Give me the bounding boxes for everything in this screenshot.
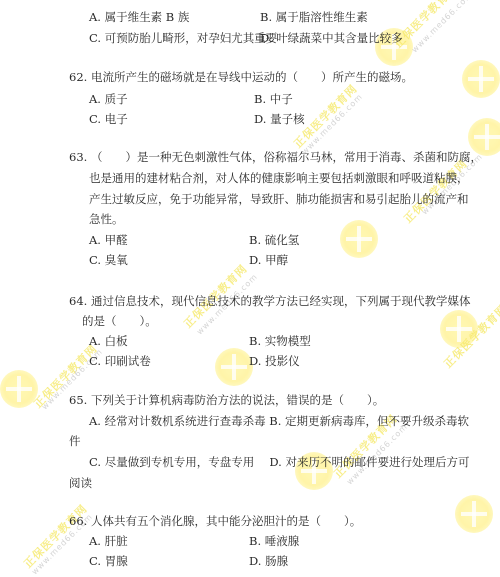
option-b: B. 实物模型 [249, 334, 311, 348]
option-d: D. 肠腺 [249, 554, 288, 568]
option-d: D. 量子核 [254, 112, 305, 126]
option-a: A. 肝脏 [89, 534, 128, 548]
option-b: B. 硫化氢 [249, 233, 299, 247]
question-65-options-line3: C. 尽量做到专机专用，专盘专用 D. 对来历不明的邮件要进行处理后方可 [89, 455, 469, 469]
option-b: B. 属于脂溶性维生素 [260, 10, 368, 24]
question-63-stem-line4: 急性。 [89, 212, 124, 226]
option-c: C. 电子 [89, 112, 128, 126]
question-62-stem: 62. 电流所产生的磁场就是在导线中运动的（ ）所产生的磁场。 [69, 70, 413, 84]
question-65-options-line1: A. 经常对计数机系统进行查毒杀毒 B. 定期更新病毒库，但不要升级杀毒软 [89, 414, 469, 428]
question-65-stem: 65. 下列关于计算机病毒防治方法的说法，错误的是（ ）。 [69, 393, 384, 407]
question-63-stem-line3: 产生过敏反应，免于功能异常，导致肝、肺功能损害和易引起胎儿的流产和 [89, 192, 469, 206]
option-c: C. 臭氧 [89, 253, 128, 267]
option-d: D. 甲醇 [249, 253, 288, 267]
question-63-stem-line1: 63. （ ）是一种无色刺激性气体，俗称福尔马林，常用于消毒、杀菌和防腐， [69, 150, 482, 164]
option-d: D. 投影仪 [249, 354, 300, 368]
question-64-stem-line2: 的是（ ）。 [82, 314, 157, 328]
question-65-options-line2: 件 [69, 434, 81, 448]
option-a: A. 属于维生素 B 族 [89, 10, 189, 24]
option-a: A. 白板 [89, 334, 128, 348]
question-64-stem-line1: 64. 通过信息技术，现代信息技术的教学方法已经实现，下列属于现代教学媒体 [69, 294, 470, 308]
option-c: C. 印刷试卷 [89, 354, 151, 368]
exam-page: 正保医学教育网 www.med66.com 正保医学教育网 www.med66.… [0, 0, 500, 577]
exam-content: A. 属于维生素 B 族 B. 属于脂溶性维生素 C. 可预防胎儿畸形，对孕妇尤… [0, 0, 500, 577]
option-d: D. 叶绿蔬菜中其含量比较多 [260, 31, 403, 45]
option-b: B. 中子 [254, 92, 293, 106]
question-65-options-line4: 阅读 [69, 476, 92, 490]
question-63-stem-line2: 也是通用的建材粘合剂，对人体的健康影响主要包括刺激眼和呼吸道粘膜， [89, 171, 469, 185]
option-a: A. 质子 [89, 92, 128, 106]
option-c: C. 胃腺 [89, 554, 128, 568]
option-a: A. 甲醛 [89, 233, 128, 247]
option-b: B. 唾液腺 [249, 534, 299, 548]
question-66-stem: 66. 人体共有五个消化腺，其中能分泌胆汁的是（ ）。 [69, 514, 361, 528]
option-c: C. 可预防胎儿畸形，对孕妇尤其重要 [89, 31, 277, 45]
